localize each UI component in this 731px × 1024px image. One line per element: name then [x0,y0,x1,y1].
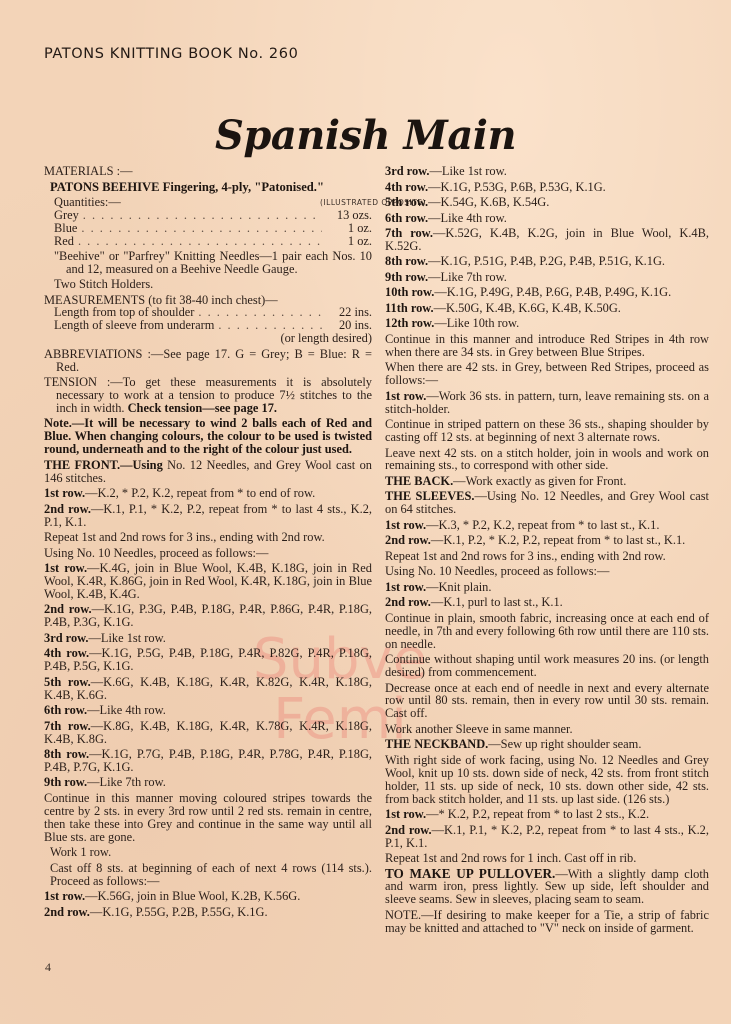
row-label: 1st row. [44,486,85,500]
instruction-row: 7th row.—K.52G, K.4B, K.2G, join in Blue… [385,227,709,253]
row-text: —Like 7th row. [87,775,166,789]
row-text: —K.8G, K.4B, K.18G, K.4R, K.78G, K.4R, K… [44,719,372,746]
row-label: 10th row. [385,285,434,299]
row-text: —K.1G, P.5G, P.4B, P.18G, P.4R, P.82G, P… [44,646,372,673]
row-text: —Work 36 sts. in pattern, turn, leave re… [385,389,709,416]
when-42: When there are 42 sts. in Grey, between … [385,361,709,387]
neckband-rows: 1st row.—* K.2, P.2, repeat from * to la… [385,808,709,849]
dot-leader: . . . . . . . . . . . . . . . . . . . . … [83,209,322,222]
instruction-row: 2nd row.—K.1, P.1, * K.2, P.2, repeat fr… [385,824,709,850]
row-text: —Knit plain. [426,580,491,594]
instruction-row: 4th row.—K.1G, P.5G, P.4B, P.18G, P.4R, … [44,647,372,673]
quantity-colour: Grey [54,209,79,222]
row-label: 3rd row. [44,631,89,645]
quantity-colour: Blue [54,222,77,235]
back-heading: THE BACK. [385,474,453,488]
row-text: —K.1G, P.53G, P.6B, P.53G, K.1G. [428,180,606,194]
neckband-section: THE NECKBAND.—Sew up right shoulder seam… [385,738,709,751]
makeup-section: TO MAKE UP PULLOVER.—With a slightly dam… [385,868,709,907]
sleeve-another: Work another Sleeve in same manner. [385,723,709,736]
quantity-amount: 1 oz. [326,235,372,248]
instruction-row: 3rd row.—Like 1st row. [385,165,709,178]
dot-leader: . . . . . . . . . . . . . . . . . . . . … [198,306,322,319]
instruction-row: 6th row.—Like 4th row. [44,704,372,717]
instruction-row: 5th row.—K.54G, K.6B, K.54G. [385,196,709,209]
measurement-label: Length of sleeve from underarm [54,319,214,332]
instruction-row: 1st row.—K.4G, join in Blue Wool, K.4B, … [44,562,372,601]
sleeve-using10: Using No. 10 Needles, proceed as follows… [385,565,709,578]
row-label: 2nd row. [385,823,432,837]
instruction-row: 3rd row.—Like 1st row. [44,632,372,645]
instruction-row: 1st row.—K.56G, join in Blue Wool, K.2B,… [44,890,372,903]
quantity-row: Grey . . . . . . . . . . . . . . . . . .… [44,209,372,222]
measurements-list: Length from top of shoulder . . . . . . … [44,306,372,332]
front-intro: THE FRONT.—Using No. 12 Needles, and Gre… [44,459,372,485]
instruction-row: 2nd row.—K.1, P.2, * K.2, P.2, repeat fr… [385,534,709,547]
row-text: —K.52G, K.4B, K.2G, join in Blue Wool, K… [385,226,709,253]
instruction-row: 10th row.—K.1G, P.49G, P.4B, P.6G, P.4B,… [385,286,709,299]
row-label: 2nd row. [385,595,431,609]
note: Note.—It will be necessary to wind 2 bal… [44,417,372,456]
sleeve-continue: Continue in plain, smooth fabric, increa… [385,612,709,651]
row-label: 4th row. [44,646,89,660]
row-label: 2nd row. [44,502,91,516]
makeup-heading: TO MAKE UP PULLOVER. [385,866,555,881]
row-label: 1st row. [44,561,87,575]
front-rows-pattern: 1st row.—K.4G, join in Blue Wool, K.4B, … [44,562,372,789]
back-text: —Work exactly as given for Front. [453,474,626,488]
row-text: —K.1G, P.3G, P.4B, P.18G, P.4R, P.86G, P… [44,602,372,629]
quantities-label: Quantities:— [44,196,372,209]
front-continue: Continue in this manner moving coloured … [44,792,372,844]
instruction-row: 9th row.—Like 7th row. [385,271,709,284]
row-text: —K.1G, P.7G, P.4B, P.18G, P.4R, P.78G, P… [44,747,372,774]
tension-check: Check tension—see page 17. [128,401,277,415]
instruction-row: 1st row.—K.3, * P.2, K.2, repeat from * … [385,519,709,532]
row-text: —K.56G, join in Blue Wool, K.2B, K.56G. [85,889,300,903]
row-text: —K.54G, K.6B, K.54G. [428,195,549,209]
row-text: —Like 7th row. [428,270,507,284]
row-text: —K.3, * P.2, K.2, repeat from * to last … [426,518,659,532]
row-label: 1st row. [385,580,426,594]
row-text: —K.1G, P.49G, P.4B, P.6G, P.4B, P.49G, K… [434,285,671,299]
instruction-row: 9th row.—Like 7th row. [44,776,372,789]
instruction-row: 2nd row.—K.1G, P.3G, P.4B, P.18G, P.4R, … [44,603,372,629]
row-label: 2nd row. [44,905,90,919]
quantity-colour: Red [54,235,74,248]
row-label: 4th row. [385,180,428,194]
sleeve-repeat: Repeat 1st and 2nd rows for 3 ins., endi… [385,550,709,563]
neckband-text: —Sew up right shoulder seam. [488,737,641,751]
row-label: 3rd row. [385,164,430,178]
front-heading: THE FRONT.—Using [44,458,163,472]
neckband-heading: THE NECKBAND. [385,737,488,751]
instruction-row: 7th row.—K.8G, K.4B, K.18G, K.4R, K.78G,… [44,720,372,746]
yarn-name: PATONS BEEHIVE Fingering, 4-ply, "Patoni… [44,181,372,194]
row-label: 7th row. [385,226,433,240]
sleeve-decrease: Decrease once at each end of needle in n… [385,682,709,721]
row-text: —K.6G, K.4B, K.18G, K.4R, K.82G, K.4R, K… [44,675,372,702]
row-label: 5th row. [44,675,91,689]
measurements-note: (or length desired) [44,332,372,345]
row-text: —K.1G, P.55G, P.2B, P.55G, K.1G. [90,905,268,919]
materials-heading: MATERIALS :— [44,165,372,178]
quantity-row: Blue . . . . . . . . . . . . . . . . . .… [44,222,372,235]
instruction-row: 2nd row.—K.1G, P.55G, P.2B, P.55G, K.1G. [44,906,372,919]
instruction-row: 8th row.—K.1G, P.51G, P.4B, P.2G, P.4B, … [385,255,709,268]
quantity-row: Red . . . . . . . . . . . . . . . . . . … [44,235,372,248]
front-work1: Work 1 row. [44,846,372,859]
instruction-row: 2nd row.—K.1, purl to last st., K.1. [385,596,709,609]
instruction-row: 5th row.—K.6G, K.4B, K.18G, K.4R, K.82G,… [44,676,372,702]
row-text: —Like 1st row. [89,631,166,645]
quantity-amount: 1 oz. [326,222,372,235]
book-header: PATONS KNITTING BOOK No. 260 [44,46,298,62]
instruction-row: 2nd row.—K.1, P.1, * K.2, P.2, repeat fr… [44,503,372,529]
right-column: 3rd row.—Like 1st row.4th row.—K.1G, P.5… [385,165,709,937]
instruction-row: 12th row.—Like 10th row. [385,317,709,330]
row-label: 7th row. [44,719,91,733]
sleeve-without: Continue without shaping until work meas… [385,653,709,679]
instruction-row: 1st row.—* K.2, P.2, repeat from * to la… [385,808,709,821]
dot-leader: . . . . . . . . . . . . . . . . . . . . … [78,235,322,248]
neckband-repeat: Repeat 1st and 2nd rows for 1 inch. Cast… [385,852,709,865]
instruction-row: 1st row.—Knit plain. [385,581,709,594]
dot-leader: . . . . . . . . . . . . . . . . . . . . … [81,222,322,235]
instruction-row: 1st row.—K.2, * P.2, K.2, repeat from * … [44,487,372,500]
instruction-row: 11th row.—K.50G, K.4B, K.6G, K.4B, K.50G… [385,302,709,315]
row-label: 8th row. [385,254,428,268]
row-label: 9th row. [385,270,428,284]
row-text: —Like 10th row. [434,316,519,330]
page-number: 4 [45,960,51,975]
continue-shoulder: Continue in striped pattern on these 36 … [385,418,709,444]
front-castoff: Cast off 8 sts. at beginning of each of … [44,862,372,888]
instruction-row: 8th row.—K.1G, P.7G, P.4B, P.18G, P.4R, … [44,748,372,774]
continue-red: Continue in this manner and introduce Re… [385,333,709,359]
row-text: —K.1, P.1, * K.2, P.2, repeat from * to … [385,823,709,850]
row-1st: 1st row.—Work 36 sts. in pattern, turn, … [385,390,709,416]
row-label: 1st row. [385,389,426,403]
front-rows-upper: 1st row.—K.56G, join in Blue Wool, K.2B,… [44,890,372,918]
needles-text: "Beehive" or "Parfrey" Knitting Needles—… [44,250,372,276]
row-text: —K.2, * P.2, K.2, repeat from * to end o… [85,486,315,500]
row-label: 6th row. [44,703,87,717]
row-text: —Like 1st row. [430,164,507,178]
leave-42: Leave next 42 sts. on a stitch holder, j… [385,447,709,473]
row-label: 2nd row. [385,533,431,547]
row-label: 1st row. [44,889,85,903]
row-label: 2nd row. [44,602,92,616]
row-text: —Like 4th row. [428,211,507,225]
final-note: NOTE.—If desiring to make keeper for a T… [385,909,709,935]
tension: TENSION :—To get these measurements it i… [44,376,372,415]
pattern-title: Spanish Main [0,112,731,159]
front-rows-rib: 1st row.—K.2, * P.2, K.2, repeat from * … [44,487,372,528]
sleeves-heading: THE SLEEVES. [385,489,474,503]
sleeves-section: THE SLEEVES.—Using No. 12 Needles, and G… [385,490,709,516]
row-text: —K.4G, join in Blue Wool, K.4B, K.18G, j… [44,561,372,601]
sleeve-rows-rib: 1st row.—K.3, * P.2, K.2, repeat from * … [385,519,709,547]
row-label: 11th row. [385,301,434,315]
instruction-row: 4th row.—K.1G, P.53G, P.6B, P.53G, K.1G. [385,181,709,194]
quantity-amount: 13 ozs. [326,209,372,222]
sleeve-rows-plain: 1st row.—Knit plain.2nd row.—K.1, purl t… [385,581,709,609]
row-label: 8th row. [44,747,89,761]
front-rows-continued: 3rd row.—Like 1st row.4th row.—K.1G, P.5… [385,165,709,330]
row-label: 1st row. [385,518,426,532]
row-label: 9th row. [44,775,87,789]
row-label: 5th row. [385,195,428,209]
quantities-list: Grey . . . . . . . . . . . . . . . . . .… [44,209,372,248]
row-label: 1st row. [385,807,426,821]
abbreviations: ABBREVIATIONS :—See page 17. G = Grey; B… [44,348,372,374]
left-column: MATERIALS :— PATONS BEEHIVE Fingering, 4… [44,165,372,921]
instruction-row: 6th row.—Like 4th row. [385,212,709,225]
front-repeat: Repeat 1st and 2nd rows for 3 ins., endi… [44,531,372,544]
row-text: —K.1, P.1, * K.2, P.2, repeat from * to … [44,502,372,529]
row-text: —* K.2, P.2, repeat from * to last 2 sts… [426,807,649,821]
neckband-pickup: With right side of work facing, using No… [385,754,709,806]
row-label: 12th row. [385,316,434,330]
row-text: —K.50G, K.4B, K.6G, K.4B, K.50G. [434,301,621,315]
row-text: —K.1, purl to last st., K.1. [431,595,563,609]
front-using10: Using No. 10 Needles, proceed as follows… [44,547,372,560]
row-label: 6th row. [385,211,428,225]
row-text: —K.1G, P.51G, P.4B, P.2G, P.4B, P.51G, K… [428,254,665,268]
back-section: THE BACK.—Work exactly as given for Fron… [385,475,709,488]
row-text: —K.1, P.2, * K.2, P.2, repeat from * to … [431,533,685,547]
row-text: —Like 4th row. [87,703,166,717]
holders-text: Two Stitch Holders. [44,278,372,291]
